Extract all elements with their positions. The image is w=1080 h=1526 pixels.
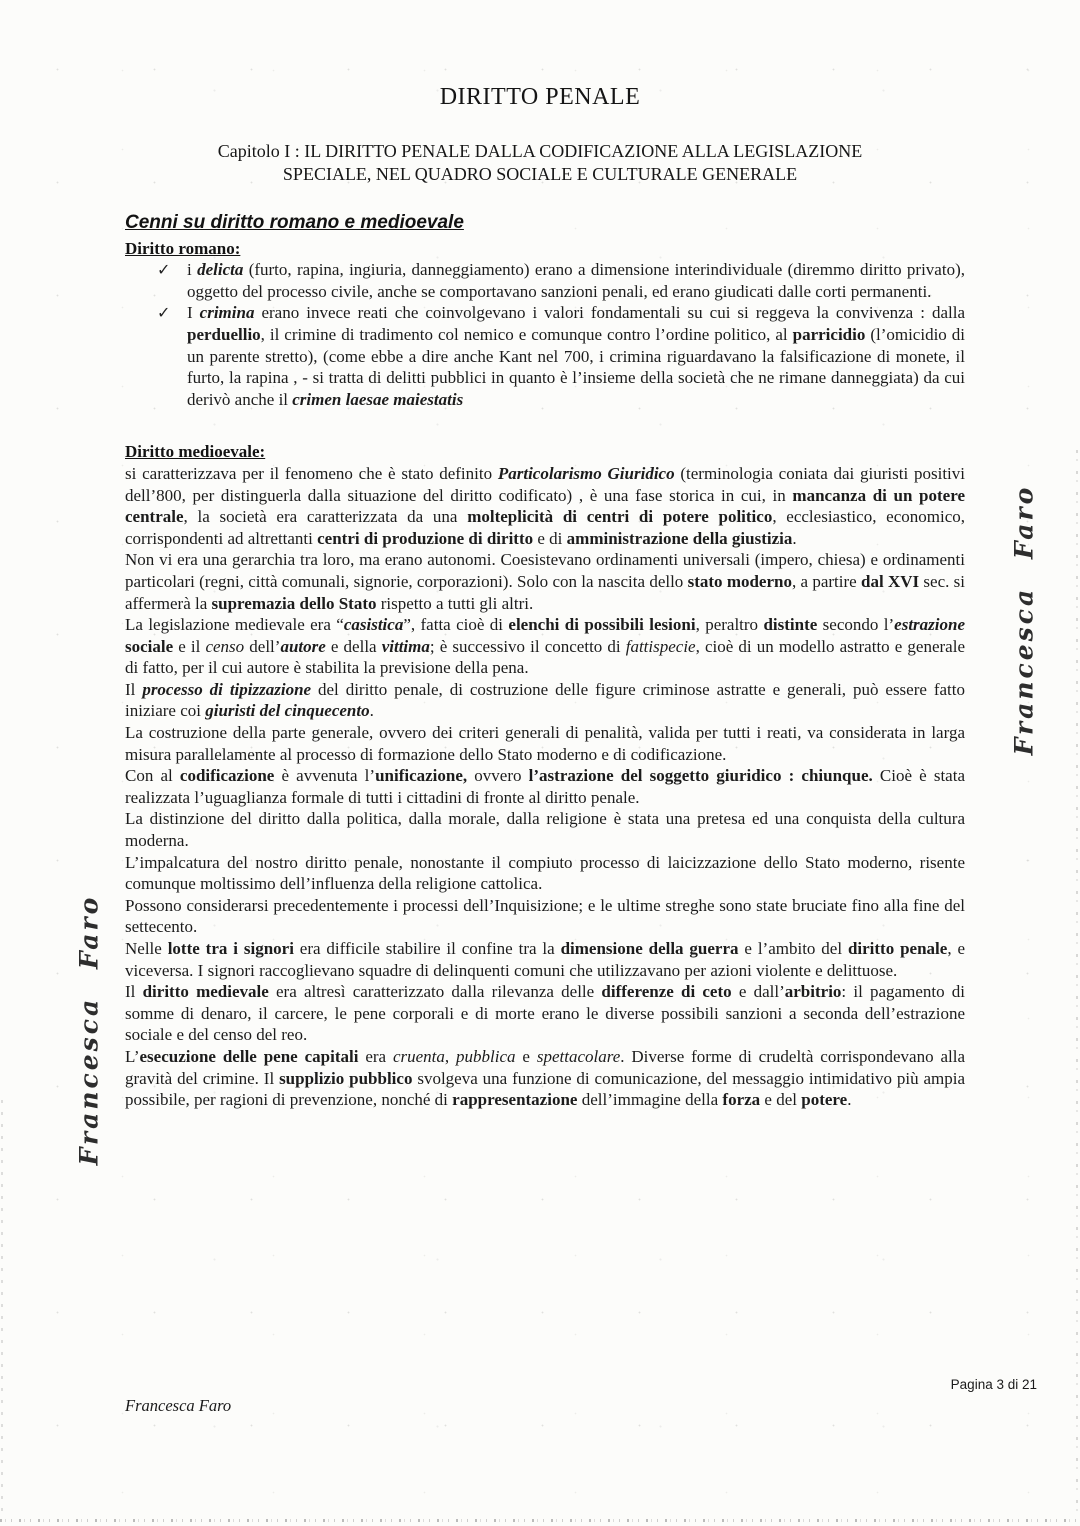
bullet-text: i delicta (furto, rapina, ingiuria, dann… [187,260,965,301]
paragraph: Con al codificazione è avvenuta l’unific… [125,765,965,808]
list-item: ✓i delicta (furto, rapina, ingiuria, dan… [125,259,965,302]
scanned-document-page: { "page": { "title": "DIRITTO PENALE", "… [0,0,1080,1526]
scan-artifact-right [1076,450,1078,1514]
list-item: ✓I crimina erano invece reati che coinvo… [125,302,965,410]
page-number-indicator: Pagina 3 di 21 [951,1377,1037,1392]
paragraph: La distinzione del diritto dalla politic… [125,808,965,851]
paragraph: L’impalcatura del nostro diritto penale,… [125,852,965,895]
roman-law-heading: Diritto romano: [125,238,965,260]
document-body: Cenni su diritto romano e medioevale Dir… [125,212,965,1111]
medieval-law-heading: Diritto medioevale: [125,441,965,463]
paragraph: La legislazione medievale era “casistica… [125,614,965,679]
roman-bullet-list: ✓i delicta (furto, rapina, ingiuria, dan… [125,259,965,410]
checkmark-icon: ✓ [157,302,170,324]
paragraph: si caratterizzava per il fenomeno che è … [125,463,965,549]
section-heading: Cenni su diritto romano e medioevale [125,212,965,234]
paragraph: Nelle lotte tra i signori era difficile … [125,938,965,981]
paragraph: Il diritto medievale era altresì caratte… [125,981,965,1046]
bullet-text: I crimina erano invece reati che coinvol… [187,303,965,408]
medieval-paragraphs: si caratterizzava per il fenomeno che è … [125,463,965,1111]
watermark-right: Francesca Faro [1010,485,1039,756]
watermark-left: Francesca Faro [75,895,104,1166]
chapter-heading: Capitolo I : IL DIRITTO PENALE DALLA COD… [120,140,960,186]
footer-author: Francesca Faro [125,1396,231,1416]
paragraph: L’esecuzione delle pene capitali era cru… [125,1046,965,1111]
scan-artifact-bottom [0,1519,1080,1522]
paragraph: Il processo di tipizzazione del diritto … [125,679,965,722]
scan-artifact-left [1,1100,3,1520]
paragraph: Possono considerarsi precedentemente i p… [125,895,965,938]
document-title: DIRITTO PENALE [0,84,1080,111]
chapter-heading-line2: SPECIALE, NEL QUADRO SOCIALE E CULTURALE… [120,163,960,186]
paragraph: La costruzione della parte generale, ovv… [125,722,965,765]
chapter-heading-line1: Capitolo I : IL DIRITTO PENALE DALLA COD… [120,140,960,163]
checkmark-icon: ✓ [157,259,170,281]
paragraph: Non vi era una gerarchia tra loro, ma er… [125,549,965,614]
